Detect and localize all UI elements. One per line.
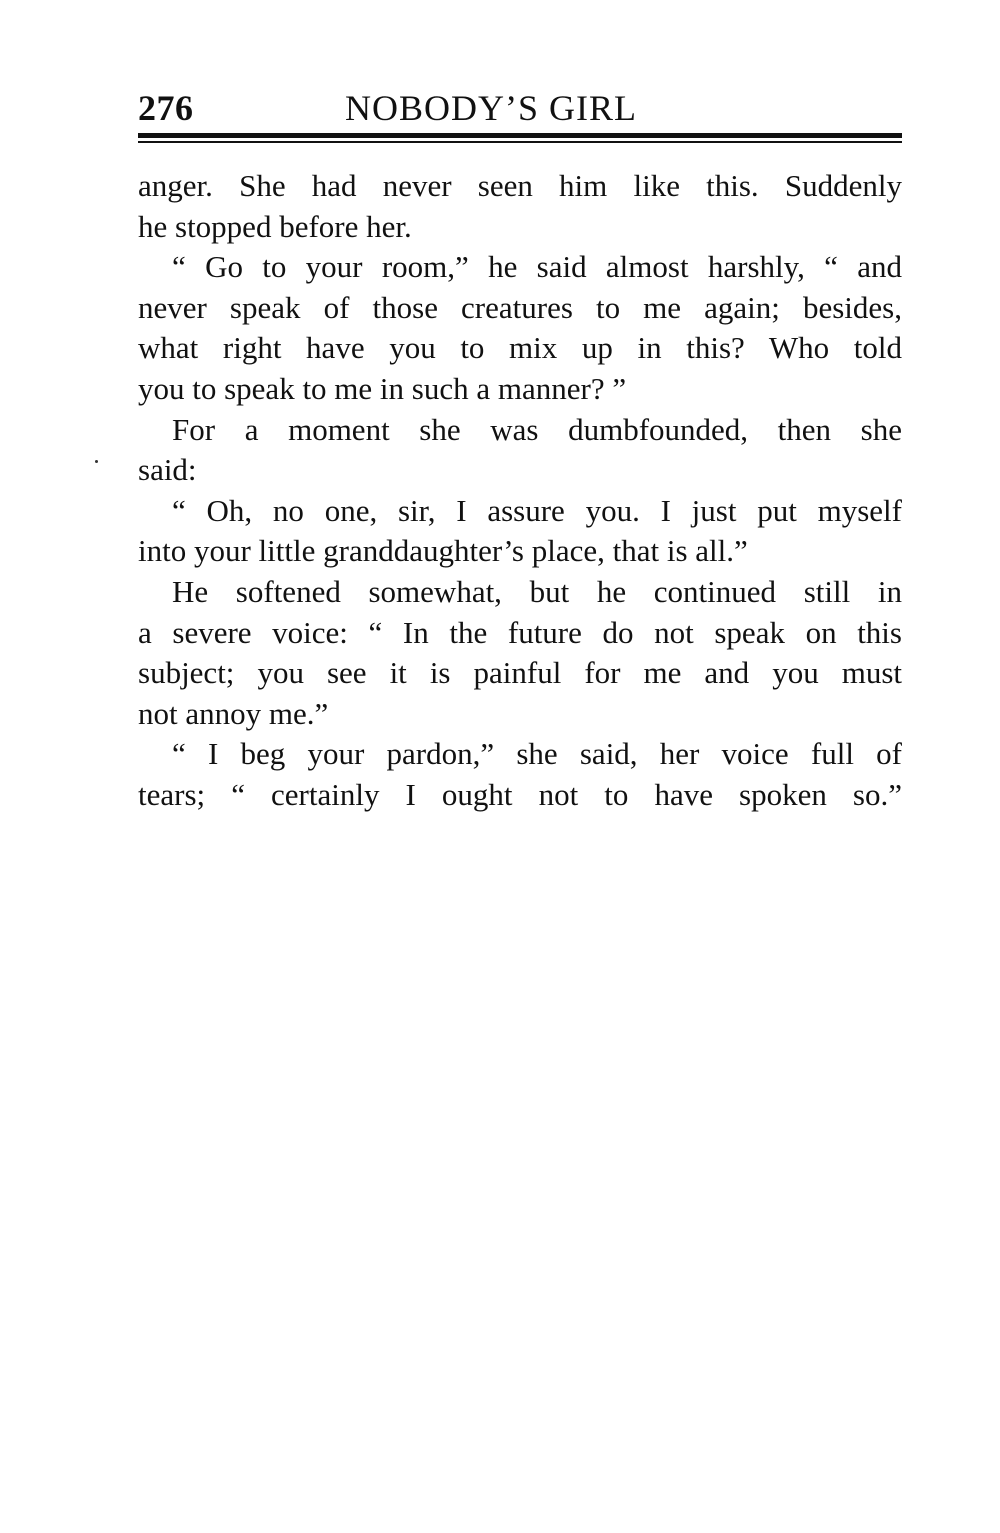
text-line: “ I beg your pardon,” she said, her voic… [138,734,902,775]
text-line: anger. She had never seen him like this.… [138,166,902,207]
text-line: He softened somewhat, but he continued s… [138,572,902,613]
text-line: said: [138,450,902,491]
running-head: 276 NOBODY’S GIRL [138,88,902,132]
header-rule-thick [138,133,902,138]
text-line: he stopped before her. [138,207,902,248]
text-line: never speak of those creatures to me aga… [138,288,902,329]
text-line: subject; you see it is painful for me an… [138,653,902,694]
scan-speck [95,460,98,463]
text-line: “ Go to your room,” he said almost harsh… [138,247,902,288]
text-line: not annoy me.” [138,694,902,735]
page-number: 276 [138,88,194,128]
text-line: For a moment she was dumbfounded, then s… [138,410,902,451]
text-line: what right have you to mix up in this? W… [138,328,902,369]
body-text: anger. She had never seen him like this.… [138,166,902,816]
header-rule-thin [138,141,902,143]
running-title: NOBODY’S GIRL [345,88,637,128]
book-page: 276 NOBODY’S GIRL anger. She had never s… [138,88,902,132]
text-line: you to speak to me in such a manner? ” [138,369,902,410]
text-line: a severe voice: “ In the future do not s… [138,613,902,654]
text-line: “ Oh, no one, sir, I assure you. I just … [138,491,902,532]
text-line: tears; “ certainly I ought not to have s… [138,775,902,816]
text-line: into your little granddaughter’s place, … [138,531,902,572]
